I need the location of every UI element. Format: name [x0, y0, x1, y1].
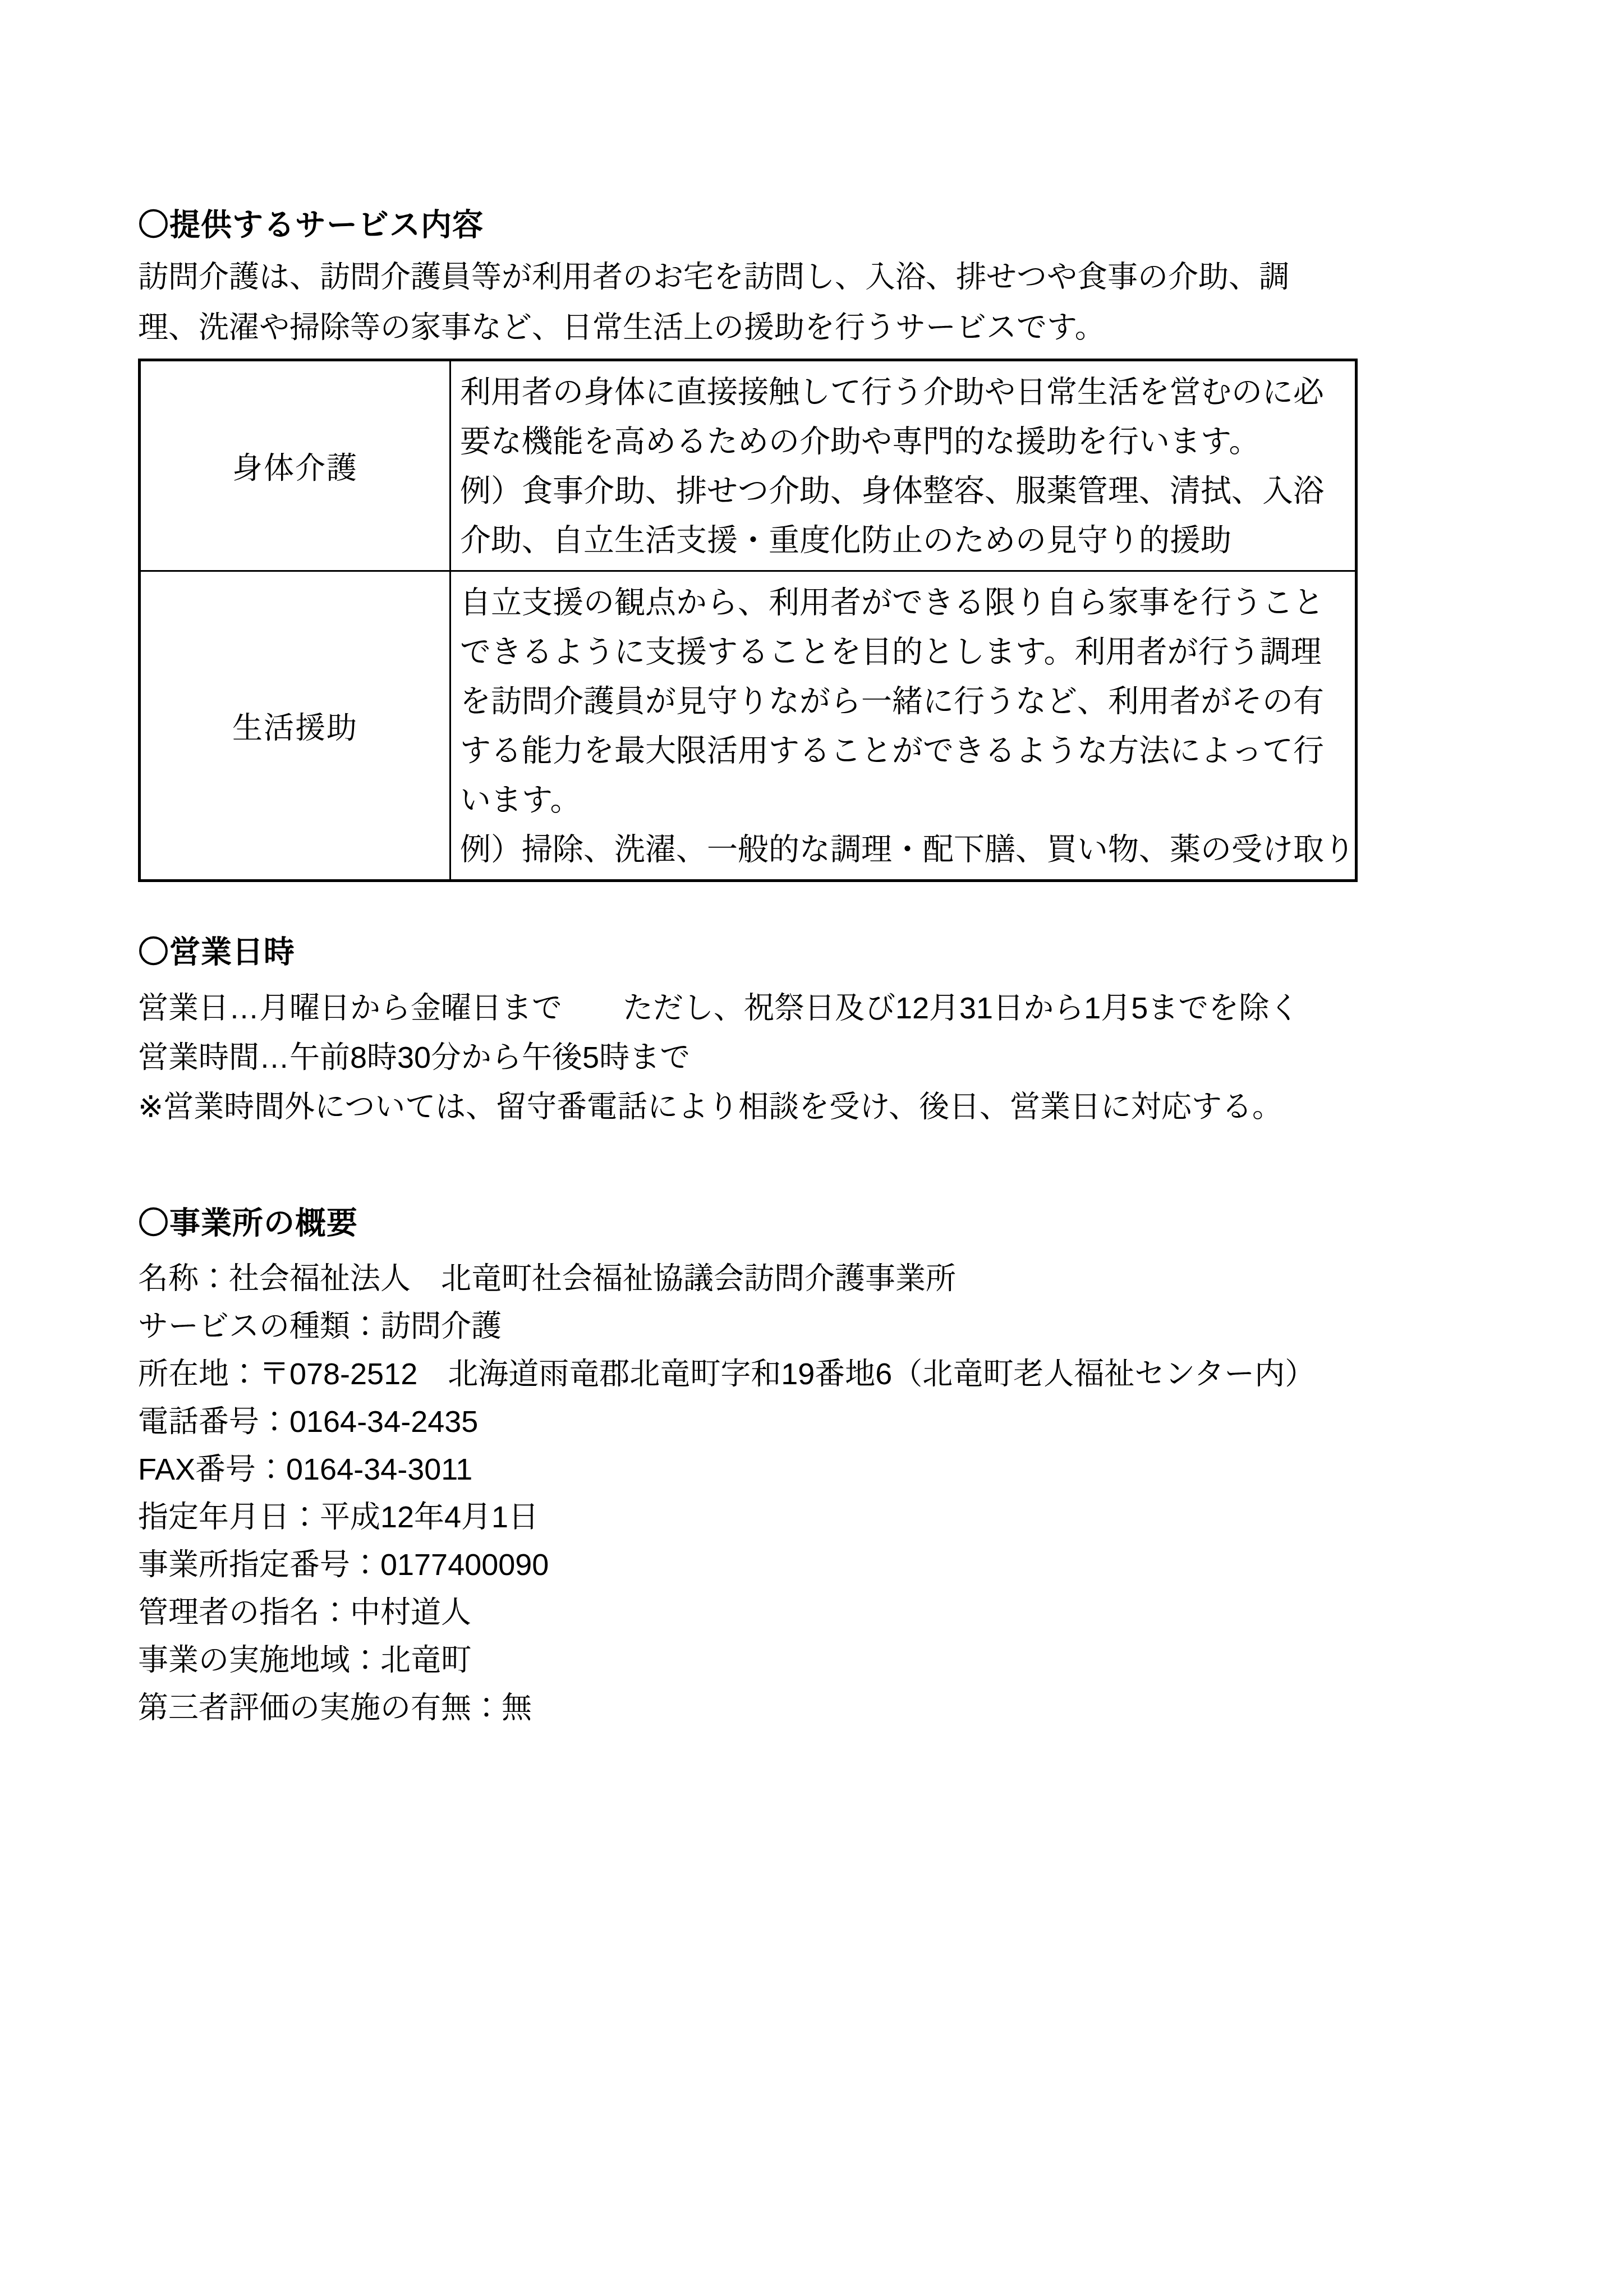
service-description: 自立支援の観点から、利用者ができる限り自ら家事を行うことできるように支援すること… — [460, 577, 1347, 824]
service-desc-cell: 利用者の身体に直接接触して行う介助や日常生活を営むのに必要な機能を高めるための介… — [450, 360, 1357, 571]
office-line-fax: FAX番号：0164-34-3011 — [138, 1446, 1361, 1494]
table-row-physical-care: 身体介護 利用者の身体に直接接触して行う介助や日常生活を営むのに必要な機能を高め… — [140, 360, 1357, 571]
office-line-address: 所在地：〒078-2512 北海道雨竜郡北竜町字和19番地6（北竜町老人福祉セン… — [138, 1351, 1361, 1398]
office-line-service-area: 事業の実施地域：北竜町 — [138, 1637, 1361, 1684]
office-line-name: 名称：社会福祉法人 北竜町社会福祉協議会訪問介護事業所 — [138, 1255, 1361, 1303]
hours-line-business-days: 営業日…月曜日から金曜日まで ただし、祝祭日及び12月31日から1月5までを除く — [138, 984, 1361, 1033]
office-line-designation-date: 指定年月日：平成12年4月1日 — [138, 1494, 1361, 1541]
office-line-third-party-eval: 第三者評価の実施の有無：無 — [138, 1684, 1361, 1732]
section-office: 〇事業所の概要 名称：社会福祉法人 北竜町社会福祉協議会訪問介護事業所 サービス… — [138, 1205, 1361, 1732]
office-line-service-type: サービスの種類：訪問介護 — [138, 1303, 1361, 1351]
document-page: 〇提供するサービス内容 訪問介護は、訪問介護員等が利用者のお宅を訪問し、入浴、排… — [138, 206, 1361, 1732]
service-type-cell: 生活援助 — [140, 571, 450, 881]
office-line-manager: 管理者の指名：中村道人 — [138, 1589, 1361, 1637]
hours-line-after-hours-note: ※営業時間外については、留守番電話により相談を受け、後日、営業日に対応する。 — [138, 1082, 1361, 1132]
section-hours: 〇営業日時 営業日…月曜日から金曜日まで ただし、祝祭日及び12月31日から1月… — [138, 934, 1361, 1132]
services-heading: 〇提供するサービス内容 — [138, 206, 1361, 243]
office-heading: 〇事業所の概要 — [138, 1205, 1361, 1241]
services-intro: 訪問介護は、訪問介護員等が利用者のお宅を訪問し、入浴、排せつや食事の介助、調理、… — [138, 252, 1305, 353]
hours-heading: 〇営業日時 — [138, 934, 1361, 970]
office-line-designation-number: 事業所指定番号：0177400090 — [138, 1541, 1361, 1589]
services-table: 身体介護 利用者の身体に直接接触して行う介助や日常生活を営むのに必要な機能を高め… — [138, 359, 1358, 882]
table-row-life-support: 生活援助 自立支援の観点から、利用者ができる限り自ら家事を行うことできるように支… — [140, 571, 1357, 881]
service-example: 例）食事介助、排せつ介助、身体整容、服薬管理、清拭、入浴介助、自立生活支援・重度… — [460, 466, 1347, 564]
service-type-cell: 身体介護 — [140, 360, 450, 571]
service-example: 例）掃除、洗濯、一般的な調理・配下膳、買い物、薬の受け取り — [460, 824, 1347, 874]
service-desc-cell: 自立支援の観点から、利用者ができる限り自ら家事を行うことできるように支援すること… — [450, 571, 1357, 881]
service-description: 利用者の身体に直接接触して行う介助や日常生活を営むのに必要な機能を高めるための介… — [460, 367, 1347, 466]
office-line-phone: 電話番号：0164-34-2435 — [138, 1398, 1361, 1446]
section-services: 〇提供するサービス内容 訪問介護は、訪問介護員等が利用者のお宅を訪問し、入浴、排… — [138, 206, 1361, 882]
hours-line-business-hours: 営業時間…午前8時30分から午後5時まで — [138, 1033, 1361, 1082]
